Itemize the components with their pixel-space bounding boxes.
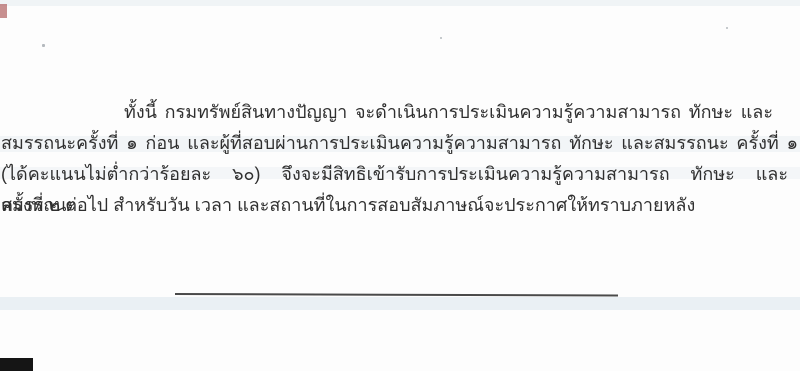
scan-streak-top	[0, 0, 800, 6]
scan-speck	[440, 37, 442, 39]
paragraph-line-1: ทั้งนี้ กรมทรัพย์สินทางปัญญา จะดำเนินการ…	[1, 97, 773, 128]
scanned-document-page: ทั้งนี้ กรมทรัพย์สินทางปัญญา จะดำเนินการ…	[0, 0, 800, 371]
scan-speck	[42, 44, 45, 47]
paragraph: ทั้งนี้ กรมทรัพย์สินทางปัญญา จะดำเนินการ…	[1, 97, 798, 221]
scan-artifact-bottom-left	[0, 358, 33, 371]
scan-artifact-top-left	[0, 4, 7, 18]
paragraph-line-4: ครั้งที่ ๒ ต่อไป สำหรับวัน เวลา และสถานท…	[1, 190, 798, 221]
scan-streak-bottom	[0, 297, 800, 310]
scan-speck	[726, 27, 728, 29]
paragraph-line-2: สมรรถนะครั้งที่ ๑ ก่อน และผู้ที่สอบผ่านก…	[1, 128, 798, 159]
signature-divider-line	[175, 293, 618, 297]
paragraph-line-3: (ได้คะแนนไม่ต่ำกว่าร้อยละ ๖๐) จึงจะมีสิท…	[1, 159, 788, 190]
